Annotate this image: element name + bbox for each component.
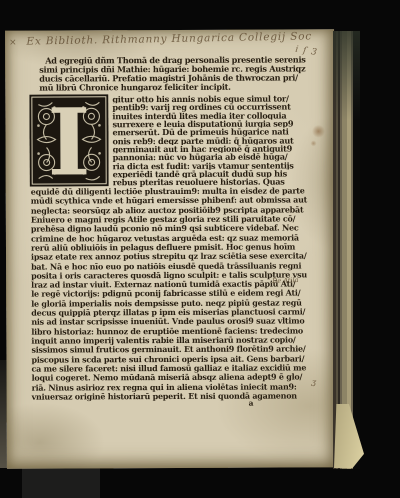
ownership-cross-mark: × bbox=[9, 38, 18, 48]
text-line: mū librū Chronice hungaroz feliciter inc… bbox=[39, 82, 321, 92]
woodcut-initial-art: I bbox=[29, 94, 108, 186]
manuscript-page: ×Ex Biblioth. Rithmanny Hungarica Colleg… bbox=[5, 29, 336, 468]
ex-libris-inscription: ×Ex Biblioth. Rithmanny Hungarica Colleg… bbox=[9, 30, 331, 48]
background-shadow-patch bbox=[22, 466, 100, 498]
printed-heading: Ad egregiū dñm Thomā de drag personalis … bbox=[39, 55, 321, 92]
fore-edge-shadow bbox=[333, 31, 360, 121]
ex-libris-text: Ex Biblioth. Rithmanny Hungarica Collegi… bbox=[26, 30, 312, 47]
text-line: vniuersaz originē historiarū peperit. Et… bbox=[32, 391, 326, 402]
book-fore-edge bbox=[333, 31, 360, 469]
pen-flourish: ʒ bbox=[311, 377, 317, 387]
quire-signature-mark: a bbox=[249, 399, 254, 408]
woodcut-initial-I: I bbox=[29, 94, 108, 186]
body-text-wrapped-around-initial: gitur otto his annis nobis eque simul to… bbox=[112, 94, 324, 187]
initial-letter: I bbox=[47, 94, 91, 186]
photograph-of-book-page: ×Ex Biblioth. Rithmanny Hungarica Colleg… bbox=[0, 0, 400, 498]
margin-note-de-atila: De Atila bbox=[272, 276, 299, 285]
body-text-full-width: equidē dū diligenti lectiōe plustrauim9:… bbox=[31, 186, 326, 401]
